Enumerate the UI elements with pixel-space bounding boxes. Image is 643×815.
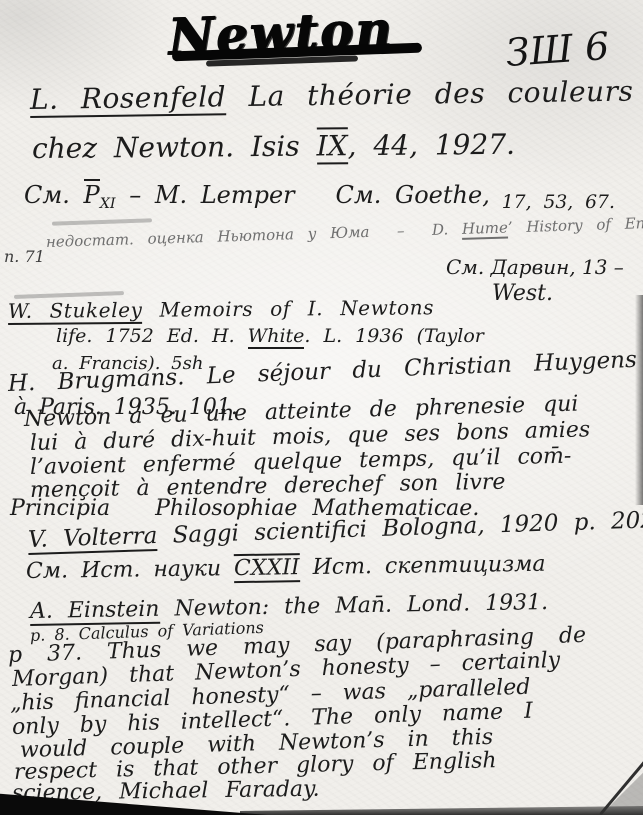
rosenfeld-line2-post: , 44, 1927. bbox=[347, 128, 515, 162]
science-history-pre: См. Ист. науки bbox=[26, 556, 234, 584]
entry-stukeley-line1: W. Stukeley Memoirs of I. Newtons bbox=[8, 297, 434, 321]
entry-west-note: West. bbox=[492, 283, 553, 305]
isis-volume-roman-numeral: IX bbox=[316, 127, 347, 164]
einstein-title-text: Newton: the Man̄. Lond. 1931. bbox=[159, 590, 548, 622]
scan-right-edge-shadow bbox=[635, 295, 643, 505]
scan-bottom-edge-shadow bbox=[240, 806, 643, 815]
entry-cross-reference-line: См. РXI – M. Lemper Cм. Goethe, 17, 53, … bbox=[24, 183, 615, 213]
entry-history-of-science-note: См. Ист. науки CXXII Ист. скептицизма bbox=[26, 554, 546, 583]
ref-see-abbrev: См. bbox=[24, 181, 84, 209]
ref-notebook-subscript: XI bbox=[100, 196, 116, 212]
margin-page-note: п. 71 bbox=[4, 249, 45, 265]
hume-note-post: ’ History of England bbox=[508, 213, 643, 237]
manuscript-page: Newton ЗШ 6 L. Rosenfeld La théorie des … bbox=[0, 0, 643, 815]
rosenfeld-author-underlined: L. Rosenfeld bbox=[30, 80, 227, 118]
roman-numeral-cxxii: CXXII bbox=[234, 553, 300, 583]
ref-notebook-letter: Р bbox=[84, 179, 100, 209]
rosenfeld-title-text: La théorie des couleurs bbox=[226, 75, 634, 114]
ref-page-numbers: 17, 53, 67. bbox=[490, 192, 615, 213]
ref-rest-text: – M. Lemper Cм. Goethe, bbox=[116, 181, 490, 209]
stukeley-author-underlined: W. Stukeley bbox=[8, 298, 143, 325]
science-history-post: Ист. скептицизма bbox=[299, 552, 545, 580]
stukeley-title-text: Memoirs of I. Newtons bbox=[142, 295, 434, 322]
entry-einstein-line1: A. Einstein Newton: the Man̄. Lond. 1931… bbox=[30, 592, 548, 623]
pencil-smudge-upper bbox=[52, 218, 152, 225]
entry-rosenfeld-line1: L. Rosenfeld La théorie des couleurs bbox=[30, 78, 634, 114]
entry-darwin-note: См. Дарвин, 13 – bbox=[446, 257, 624, 277]
hume-name-underlined: Hume bbox=[462, 218, 508, 239]
archive-corner-mark: ЗШ 6 bbox=[505, 27, 611, 72]
volterra-author-underlined: V. Volterra bbox=[28, 523, 158, 555]
entry-rosenfeld-line2: chez Newton. Isis IX, 44, 1927. bbox=[32, 131, 515, 163]
rosenfeld-line2-pre: chez Newton. Isis bbox=[32, 130, 317, 165]
hume-note-pre: недостат. оценка Ньютона у Юма – D. bbox=[46, 220, 463, 251]
stukeley-line2-pre: life. 1752 Ed. H. bbox=[56, 325, 248, 347]
entry-stukeley-line2: life. 1752 Ed. H. White. L. 1936 (Taylor bbox=[56, 327, 484, 346]
stukeley-line2-post: . L. 1936 (Taylor bbox=[304, 325, 483, 347]
white-editor-underlined: White bbox=[248, 325, 305, 349]
